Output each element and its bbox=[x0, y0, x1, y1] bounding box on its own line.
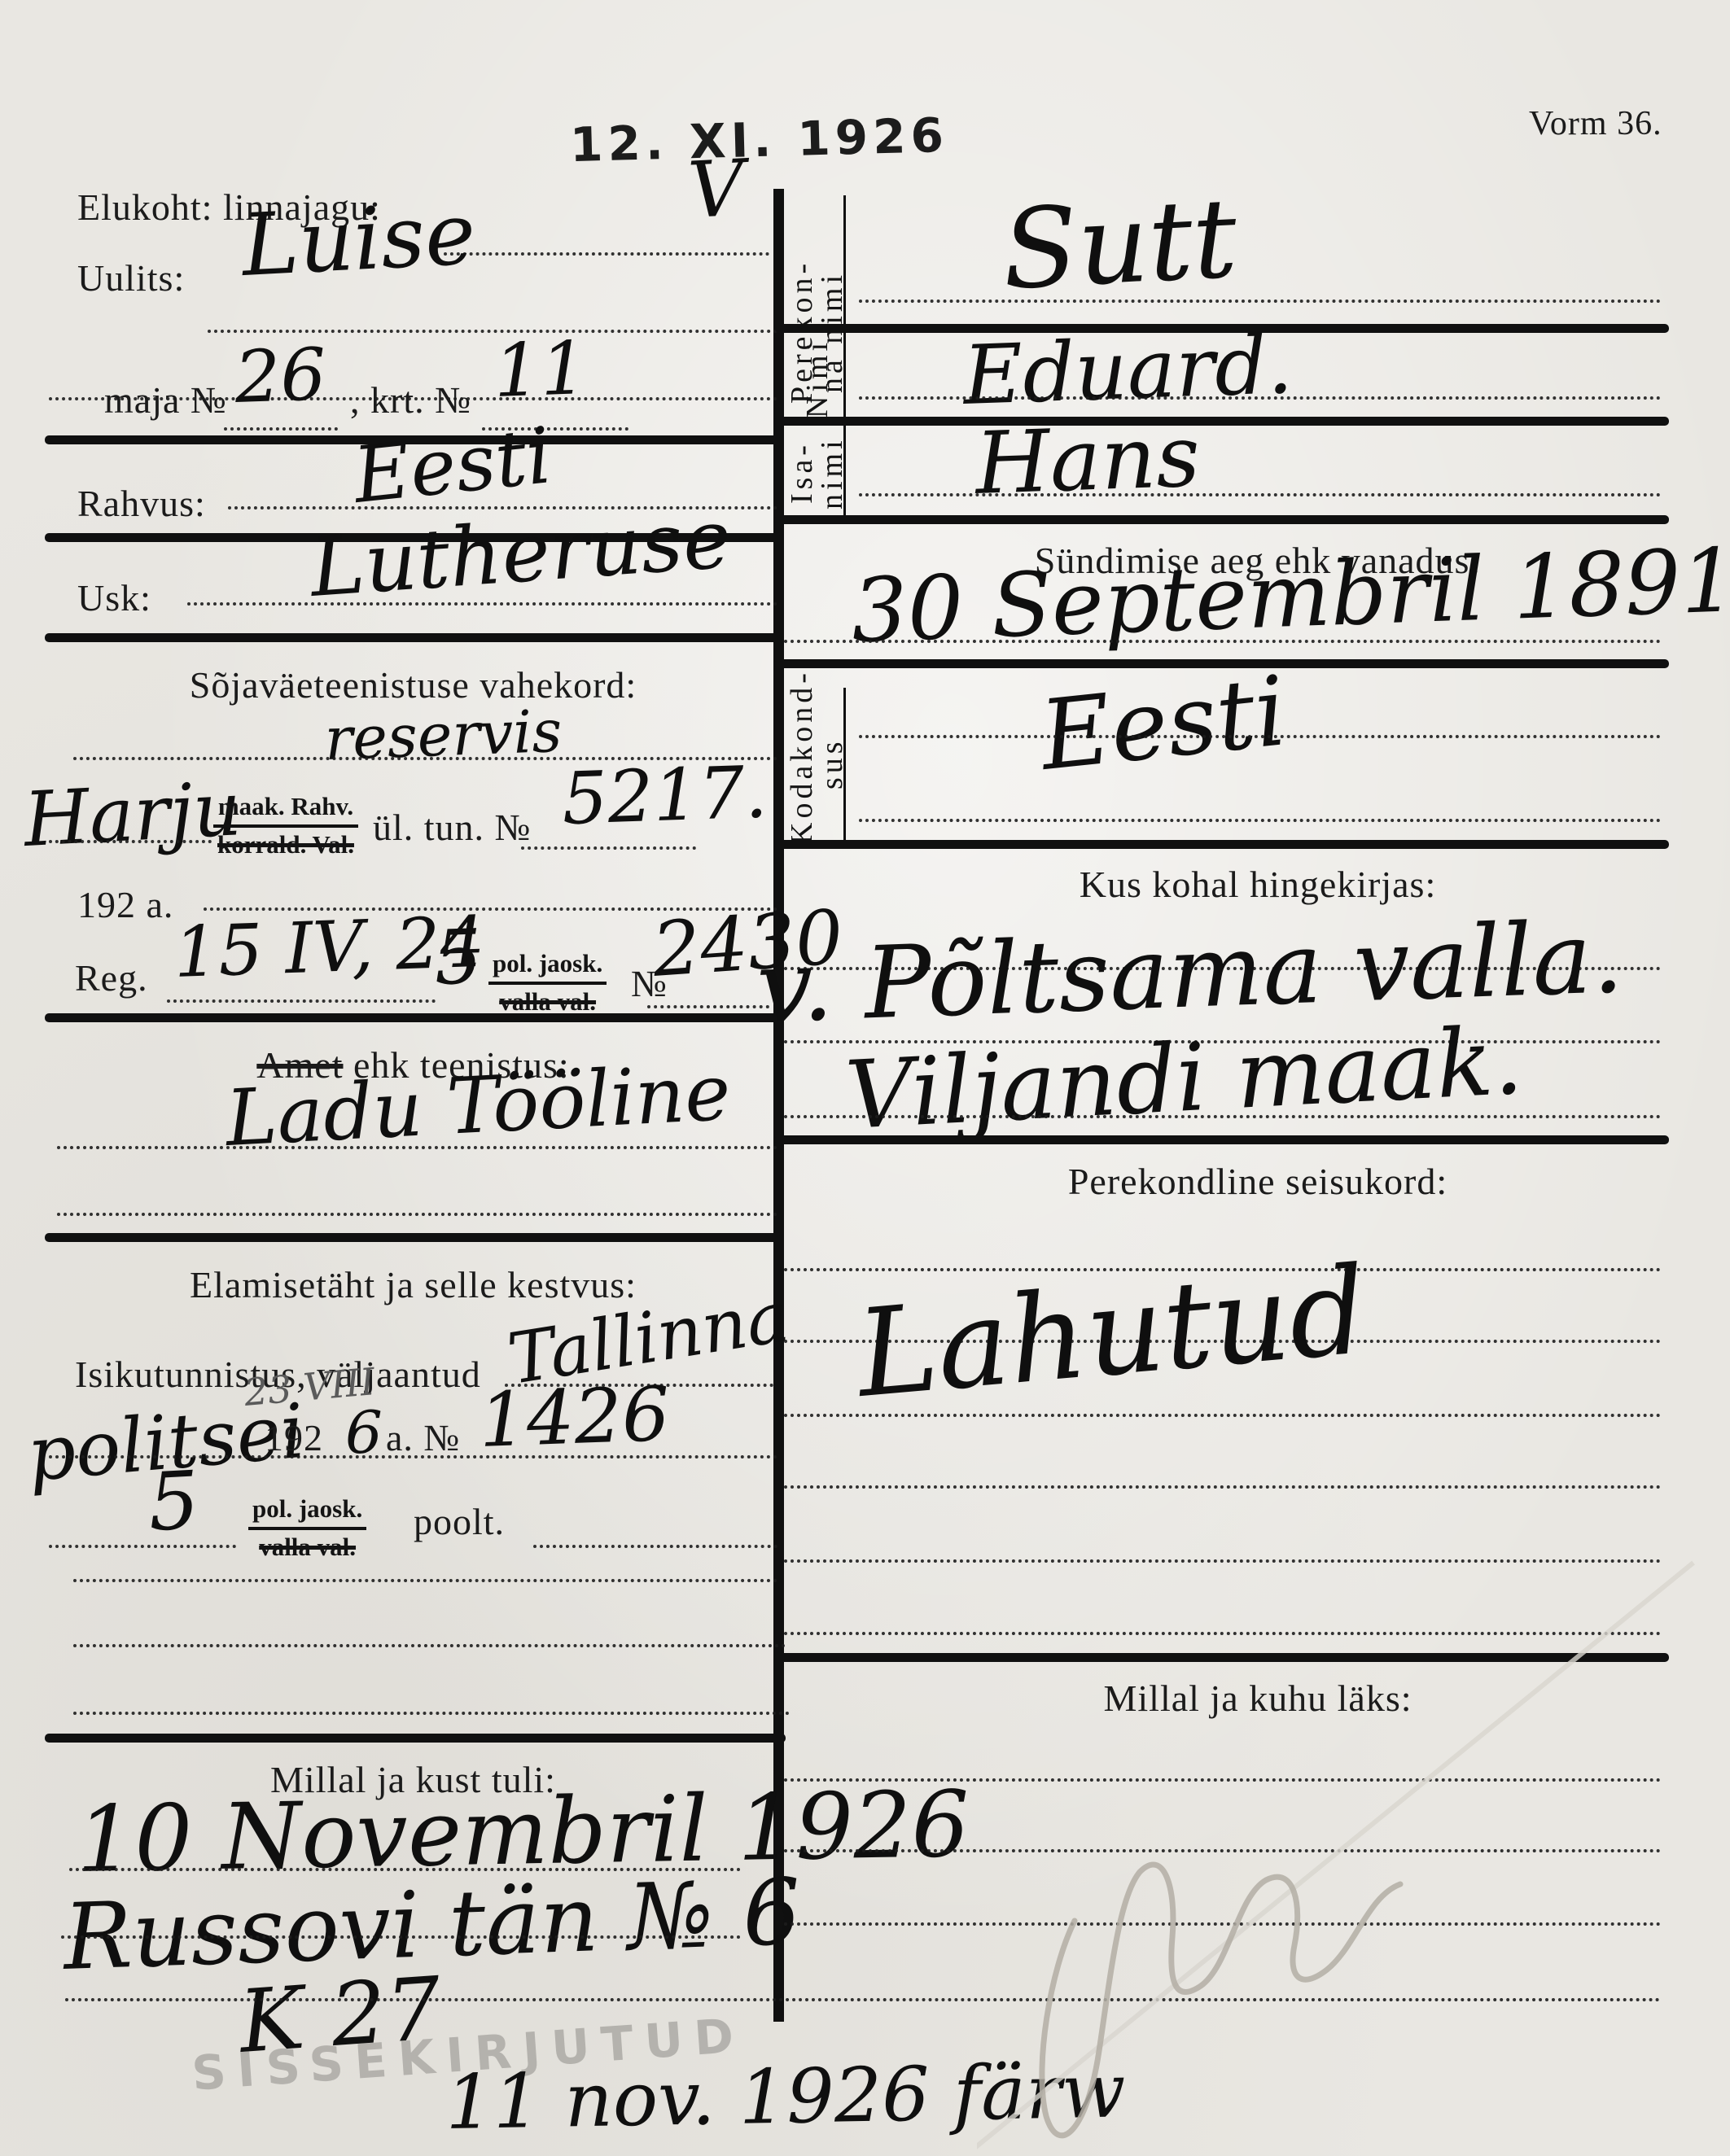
dotted-line bbox=[784, 640, 1661, 643]
year-handwritten-digit: 6 bbox=[345, 1403, 383, 1462]
isanimi-label-line2: nimi bbox=[814, 427, 850, 518]
dotted-line bbox=[859, 396, 1661, 400]
isik-no-value: 1426 bbox=[478, 1377, 671, 1458]
year-line-label: 192 a. bbox=[77, 883, 173, 926]
rahvus-value: Eesti bbox=[350, 418, 554, 515]
tunnistus-label: ül. tun. № bbox=[373, 806, 531, 849]
krt-value: 11 bbox=[493, 332, 589, 409]
section-rule bbox=[775, 840, 1669, 849]
nimi-value: Eduard. bbox=[962, 324, 1294, 417]
section-rule bbox=[45, 1013, 780, 1022]
dotted-line bbox=[73, 1712, 790, 1715]
hingekirjas-header: Kus kohal hingekirjas: bbox=[855, 863, 1661, 906]
pencil-scribble bbox=[977, 1546, 1726, 2156]
date-stamp: 12. XI. 1926 bbox=[569, 107, 949, 173]
dotted-line bbox=[859, 819, 1661, 822]
military-header: Sõjaväeteenistuse vahekord: bbox=[49, 663, 777, 706]
dotted-line bbox=[859, 735, 1661, 738]
dotted-line bbox=[444, 252, 769, 256]
section-rule bbox=[775, 1135, 1669, 1144]
year-printed: 192 bbox=[265, 1416, 323, 1459]
fraction-top: maak. Rahv. bbox=[213, 791, 358, 828]
column-divider bbox=[773, 189, 784, 2022]
maja-label: maja № bbox=[104, 378, 227, 422]
reg-label: Reg. bbox=[75, 956, 148, 999]
kodakondsus-value: Eesti bbox=[1036, 663, 1290, 784]
tunnistus-value: 5217. bbox=[561, 756, 769, 835]
krt-label: , krt. № bbox=[350, 378, 471, 422]
section-rule bbox=[45, 633, 780, 642]
maak-rahv-fraction: maak. Rahv. korrald. Val. bbox=[213, 791, 358, 861]
uulits-label: Uulits: bbox=[77, 256, 185, 300]
dotted-line bbox=[57, 1146, 777, 1149]
dotted-line bbox=[73, 1644, 786, 1647]
form-number: Vorm 36. bbox=[1529, 104, 1662, 143]
dotted-line bbox=[167, 999, 436, 1003]
pol-jaosk-fraction: pol. jaosk. valla val. bbox=[488, 948, 607, 1018]
registration-card: 12. XI. 1926 Vorm 36. Elukoht: linnajagu… bbox=[0, 0, 1730, 2156]
dotted-line bbox=[859, 493, 1661, 496]
rahvus-label: Rahvus: bbox=[77, 482, 206, 525]
dotted-line bbox=[533, 1545, 777, 1548]
dotted-line bbox=[61, 1935, 741, 1939]
section-rule bbox=[775, 417, 1669, 426]
seisukord-value: Lahutud bbox=[852, 1250, 1371, 1415]
dotted-line bbox=[784, 1414, 1661, 1417]
dotted-line bbox=[49, 1545, 236, 1548]
dotted-line bbox=[784, 1115, 1661, 1118]
fraction-bottom-struck: korrald. Val. bbox=[213, 828, 358, 861]
dotted-line bbox=[57, 1213, 777, 1216]
nimi-label: Nimi bbox=[799, 338, 835, 419]
maja-value: 26 bbox=[234, 339, 327, 413]
pol-jaosk-fraction-2: pol. jaosk. valla val. bbox=[248, 1493, 366, 1563]
dotted-line bbox=[521, 846, 696, 850]
perekonnanimi-value: Sutt bbox=[1000, 183, 1240, 305]
elukoht-value: V bbox=[686, 151, 746, 230]
dotted-line bbox=[49, 840, 212, 843]
amet-value: Ladu Tööline bbox=[224, 1055, 733, 1158]
dotted-line bbox=[73, 1579, 777, 1582]
dotted-line bbox=[224, 427, 338, 431]
kodakondsus-label-line2: sus bbox=[814, 682, 850, 845]
dotted-line bbox=[859, 300, 1661, 303]
fraction-top: pol. jaosk. bbox=[488, 948, 607, 985]
a-no-label: a. № bbox=[386, 1416, 460, 1459]
section-rule bbox=[45, 1734, 786, 1743]
section-rule bbox=[775, 515, 1669, 524]
section-rule bbox=[45, 1233, 780, 1242]
usk-label: Usk: bbox=[77, 576, 151, 619]
dotted-line bbox=[784, 1485, 1661, 1489]
seisukord-header: Perekondline seisukord: bbox=[855, 1160, 1661, 1203]
uulits-value: Luise bbox=[240, 191, 478, 289]
maakond-value: Harju bbox=[22, 772, 243, 858]
reg-jaosk-value: 5 bbox=[433, 920, 484, 996]
jaosk2-value: 5 bbox=[147, 1461, 201, 1543]
poolt-label: poolt. bbox=[414, 1500, 505, 1543]
fraction-top: pol. jaosk. bbox=[248, 1493, 366, 1530]
dotted-line bbox=[647, 1005, 769, 1008]
fraction-bottom-struck: valla val. bbox=[248, 1530, 366, 1563]
